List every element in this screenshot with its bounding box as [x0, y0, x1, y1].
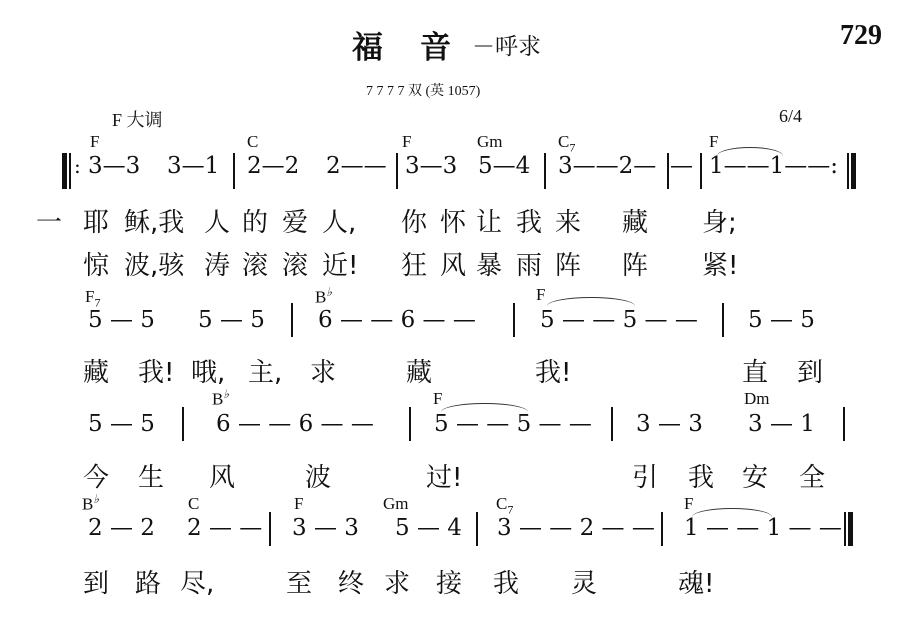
lyric-char: 爱 [282, 202, 308, 239]
barline [182, 407, 184, 441]
lyric-char: 怀 [440, 202, 466, 239]
lyric-char: 我 [493, 563, 519, 600]
barline [667, 153, 669, 189]
barline [722, 303, 724, 337]
lyric-char: 藏 [406, 352, 432, 389]
note-group: 3——2— [558, 153, 656, 179]
repeat-dots: : [74, 154, 81, 178]
barline [233, 153, 235, 189]
lyric-char: 让 [476, 202, 502, 239]
time-signature: 6/4 [779, 106, 802, 127]
lyric-char: 近! [322, 245, 358, 282]
barline [843, 407, 845, 441]
chord: F [536, 285, 545, 305]
hymn-number: 729 [840, 20, 882, 52]
barline [269, 512, 271, 546]
note-group: 3 — — 2 — — [497, 515, 655, 541]
barline [700, 153, 702, 189]
note-group: 6 — — 6 — — [318, 307, 476, 333]
lyric-char: 终 [338, 563, 364, 600]
lyric-char: 稣,我 [124, 202, 184, 239]
lyric-char: 哦, [191, 352, 225, 389]
lyric-char: 来 [555, 202, 581, 239]
note-group: 2 — — [187, 515, 262, 541]
lyric-char: 惊 [83, 245, 109, 282]
note-group: 6 — — 6 — — [216, 411, 374, 437]
lyric-char: 我! [138, 352, 174, 389]
note-group: 3 — 3 [292, 515, 359, 541]
chord: B♭ [212, 387, 229, 410]
lyric-char: 至 [286, 563, 312, 600]
lyric-char: 藏 [83, 352, 109, 389]
lyric-char: 灵 [571, 563, 597, 600]
lyric-char: 藏 [622, 202, 648, 239]
lyric-char: 涛 [204, 245, 230, 282]
barline [409, 407, 411, 441]
lyric-char: 风 [209, 457, 235, 494]
lyric-char: 紧! [702, 245, 738, 282]
lyric-char: 滚 [282, 245, 308, 282]
lyric-char: 阵 [555, 245, 581, 282]
note-group: 3—3 [88, 153, 140, 179]
lyric-char: 我 [516, 202, 542, 239]
lyric-char: 阵 [622, 245, 648, 282]
meter-label: 7 7 7 7 双 (英 1057) [366, 80, 480, 100]
note-group: 5 — — 5 — — [434, 411, 592, 437]
chord: C7 [496, 494, 513, 517]
note-group: 3 — 3 [636, 411, 703, 437]
lyric-char: 尽, [180, 563, 214, 600]
repeat-start-barline [62, 153, 67, 189]
barline [544, 153, 546, 189]
title-char-1: 福 [352, 22, 383, 67]
note-group: 2—— [326, 153, 387, 179]
lyric-char: 我! [535, 352, 571, 389]
barline [661, 512, 663, 546]
barline [396, 153, 398, 189]
lyric-char: 直 [742, 352, 768, 389]
barline [611, 407, 613, 441]
note-group: 3—1 [167, 153, 219, 179]
chord: Gm [383, 494, 409, 514]
lyric-char: 滚 [242, 245, 268, 282]
chord: B♭ [315, 285, 332, 308]
chord: F [402, 132, 411, 152]
chord: C [188, 494, 199, 514]
final-barline-thick [848, 512, 853, 546]
lyric-char: 风 [440, 245, 466, 282]
barline [69, 153, 71, 189]
lyric-char: 主, [248, 352, 282, 389]
lyric-char: 过! [426, 457, 462, 494]
lyric-char: 耶 [83, 202, 109, 239]
lyric-char: 我 [688, 457, 714, 494]
lyric-char: 狂 [401, 245, 427, 282]
lyric-char: 魂! [678, 563, 714, 600]
chord: C [247, 132, 258, 152]
barline [847, 153, 849, 189]
lyric-char: 接 [436, 563, 462, 600]
note-group: 1 — — 1 — — [684, 515, 842, 541]
lyric-char: 人 [204, 202, 230, 239]
lyric-char: 路 [135, 563, 161, 600]
lyric-char: 求 [384, 563, 410, 600]
lyric-char: 波 [305, 457, 331, 494]
lyric-char: 你 [401, 202, 427, 239]
subtitle: －呼求 [472, 28, 541, 61]
note-group: 5 — — 5 — — [540, 307, 698, 333]
chord: F [294, 494, 303, 514]
final-barline-thin [844, 512, 846, 546]
chord: C7 [558, 132, 575, 155]
note-group: 5 — 5 [748, 307, 815, 333]
note-group: 3 — 1 [748, 411, 815, 437]
lyric-char: 生 [138, 457, 164, 494]
lyric-char: 今 [83, 457, 109, 494]
barline [291, 303, 293, 337]
chord: Dm [744, 389, 770, 409]
lyric-char: 求 [310, 352, 336, 389]
key-signature: F 大调 [112, 106, 163, 132]
lyric-char: 到 [83, 563, 109, 600]
note-group: — [670, 153, 693, 179]
lyric-char: 身; [702, 202, 737, 239]
chord: F [709, 132, 718, 152]
lyric-char: 安 [742, 457, 768, 494]
lyric-char: 到 [797, 352, 823, 389]
repeat-end-barline [851, 153, 856, 189]
note-group: 3—3 [405, 153, 457, 179]
chord: F [433, 389, 442, 409]
lyric-char: 暴 [476, 245, 502, 282]
tie-slur [547, 297, 635, 306]
note-group: 5 — 5 [198, 307, 265, 333]
barline [513, 303, 515, 337]
title-char-2: 音 [420, 22, 451, 67]
note-group: 2—2 [247, 153, 299, 179]
chord: Gm [477, 132, 503, 152]
lyric-char: 波,骇 [124, 245, 184, 282]
lyric-char: 引 [632, 457, 658, 494]
chord: B♭ [82, 492, 99, 515]
chord: F [90, 132, 99, 152]
barline [476, 512, 478, 546]
lyric-char: 人, [322, 202, 356, 239]
note-group: 5—4 [478, 153, 530, 179]
lyric-char: 的 [242, 202, 268, 239]
verse-number: 一 [36, 202, 62, 239]
lyric-char: 雨 [516, 245, 542, 282]
note-group: 5 — 5 [88, 411, 155, 437]
chord: F [684, 494, 693, 514]
note-group: 1——1——: [709, 153, 838, 179]
note-group: 2 — 2 [88, 515, 155, 541]
note-group: 5 — 4 [395, 515, 462, 541]
lyric-char: 全 [799, 457, 825, 494]
note-group: 5 — 5 [88, 307, 155, 333]
